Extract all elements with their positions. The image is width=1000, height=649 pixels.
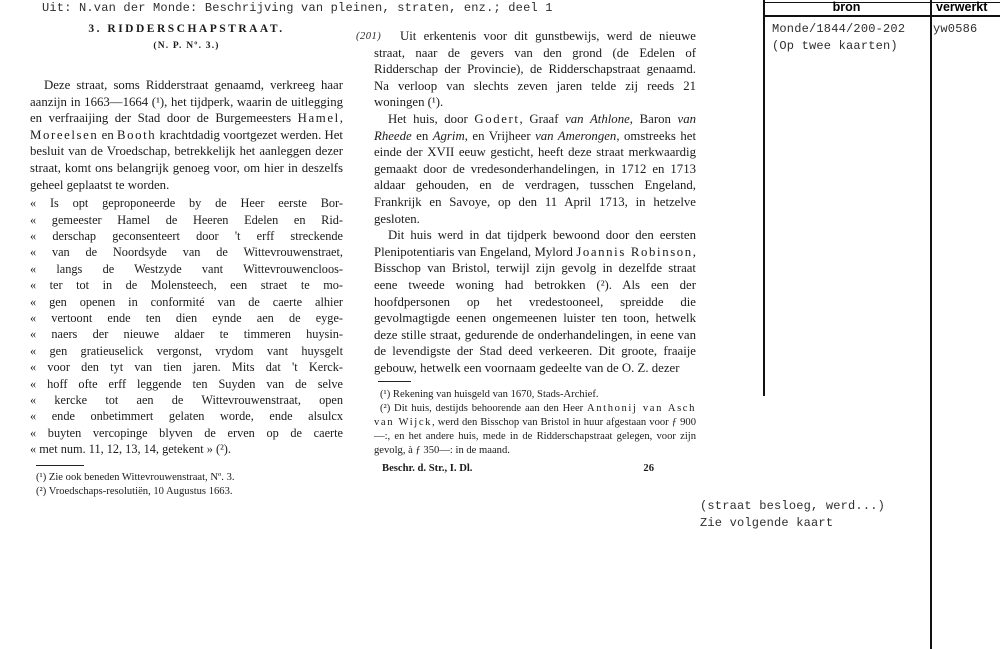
text-segment: Het huis, door [388, 112, 474, 126]
quote-line: « gemeester Hamel de Heeren Edelen en Ri… [30, 212, 343, 228]
typed-source-header: Uit: N.van der Monde: Beschrijving van p… [42, 1, 553, 15]
quote-line: « kercke tot aen de Wittevrouwenstraat, … [30, 392, 343, 408]
text-segment: Hamel [298, 111, 340, 125]
book-paragraph: Deze straat, soms Ridderstraat genaamd, … [30, 77, 343, 193]
panel-header-underline [763, 15, 1000, 17]
text-segment: , Baron [630, 112, 678, 126]
text-segment: en [98, 128, 117, 142]
text-segment: en [412, 129, 433, 143]
quote-line: « langs de Westzyde vant Wittevrouwenclo… [30, 261, 343, 277]
column-header-bron: bron [763, 0, 930, 14]
footnote: (¹) Rekening van huisgeld van 1670, Stad… [374, 388, 696, 402]
text-segment: Agrim [433, 129, 465, 143]
footnote: (²) Vroedschaps-resolutiën, 10 Augustus … [30, 485, 343, 499]
column-header-verwerkt: verwerkt [936, 0, 987, 14]
text-segment: (¹) Rekening van huisgeld van 1670, Stad… [380, 389, 599, 400]
text-segment: van Athlone [565, 112, 630, 126]
typed-note: (straat besloeg, werd...) Zie volgende k… [700, 498, 885, 531]
text-segment: , omstreeks het einde der XVII eeuw gest… [374, 129, 696, 226]
book-left-column: 3. RIDDERSCHAPSTRAAT. (N. P. Nº. 3.) Dez… [30, 22, 343, 499]
page-number-marker: (201) [356, 29, 381, 46]
bron-value-line2: (Op twee kaarten) [772, 38, 905, 55]
text-segment: Godert [474, 112, 519, 126]
footnote-separator [36, 465, 84, 466]
book-signature-row: Beschr. d. Str., I. Dl. 26 [374, 461, 696, 478]
typed-note-line2: Zie volgende kaart [700, 515, 885, 532]
book-chapter-subtitle: (N. P. Nº. 3.) [30, 41, 343, 52]
text-segment: , Bisschop van Bristol, terwijl zijn gev… [374, 245, 696, 375]
panel-left-border [763, 0, 765, 396]
volume-signature: Beschr. d. Str., I. Dl. [382, 461, 472, 478]
text-segment: Deze straat, soms Ridderstraat genaamd, … [30, 78, 343, 125]
quote-line: « vertoont ende ten dien eynde aen de ey… [30, 310, 343, 326]
quote-line: « hoff ofte erff leggende ten Suyden van… [30, 376, 343, 392]
bron-value: Monde/1844/200-202 (Op twee kaarten) [772, 21, 905, 55]
footnote: (²) Dit huis, destijds behoorende aan de… [374, 402, 696, 458]
printed-page-number: 26 [643, 461, 654, 478]
archive-card: { "typed_header": "Uit: N.van der Monde:… [0, 0, 1000, 649]
quote-line: « naers der nieuwe aldaer te timmeren hu… [30, 326, 343, 342]
quote-line: « derschap geconsenteert door 't erff st… [30, 228, 343, 244]
quote-line: « van de Noordsyde van de Wittevrouwenst… [30, 244, 343, 260]
quote-line: « Is opt geproponeerde by de Heer eerste… [30, 195, 343, 211]
text-segment: (²) Dit huis, destijds behoorende aan de… [380, 403, 587, 414]
quote-line: « voor den tyt van tien jaren. Mits dat … [30, 359, 343, 375]
quote-line: « gen openen in conformité van de caerte… [30, 294, 343, 310]
book-paragraph: Uit erkentenis voor dit gunstbewijs, wer… [374, 28, 696, 111]
text-segment: , en Vrijheer [465, 129, 535, 143]
verwerkt-value: yw0586 [933, 21, 977, 38]
text-segment: Moreelsen [30, 128, 98, 142]
footnote: (¹) Zie ook beneden Wittevrouwenstraat, … [30, 471, 343, 485]
text-segment: Joannis Robinson [576, 245, 692, 259]
text-segment: , Graaf [520, 112, 566, 126]
bron-value-line1: Monde/1844/200-202 [772, 21, 905, 38]
book-paragraph: Het huis, door Godert, Graaf van Athlone… [374, 111, 696, 227]
quote-line: « met num. 11, 12, 13, 14, getekent » (²… [30, 441, 343, 457]
quote-line: « ter tot in de Molensteech, een straet … [30, 277, 343, 293]
text-segment: van Amerongen [535, 129, 616, 143]
right-footnotes: (¹) Rekening van huisgeld van 1670, Stad… [374, 388, 696, 458]
quote-line: « ende onbetimmert gelaten worde, ende a… [30, 408, 343, 424]
quote-line: « gen gratieuselick vergonst, vrydom van… [30, 343, 343, 359]
text-segment: Uit erkentenis voor dit gunstbewijs, wer… [374, 29, 696, 109]
left-footnotes: (¹) Zie ook beneden Wittevrouwenstraat, … [30, 471, 343, 499]
footnote-separator [378, 381, 411, 382]
book-right-column: (201) Uit erkentenis voor dit gunstbewij… [374, 28, 696, 478]
text-segment: Booth [117, 128, 156, 142]
panel-column-divider [930, 0, 932, 649]
text-segment: , [340, 111, 343, 125]
book-quote-block: « Is opt geproponeerde by de Heer eerste… [30, 195, 343, 458]
book-paragraph: Dit huis werd in dat tijdperk bewoond do… [374, 227, 696, 376]
quote-line: « buyten vercopinge blyven de erven op d… [30, 425, 343, 441]
book-chapter-title: 3. RIDDERSCHAPSTRAAT. [30, 22, 343, 36]
typed-note-line1: (straat besloeg, werd...) [700, 498, 885, 515]
